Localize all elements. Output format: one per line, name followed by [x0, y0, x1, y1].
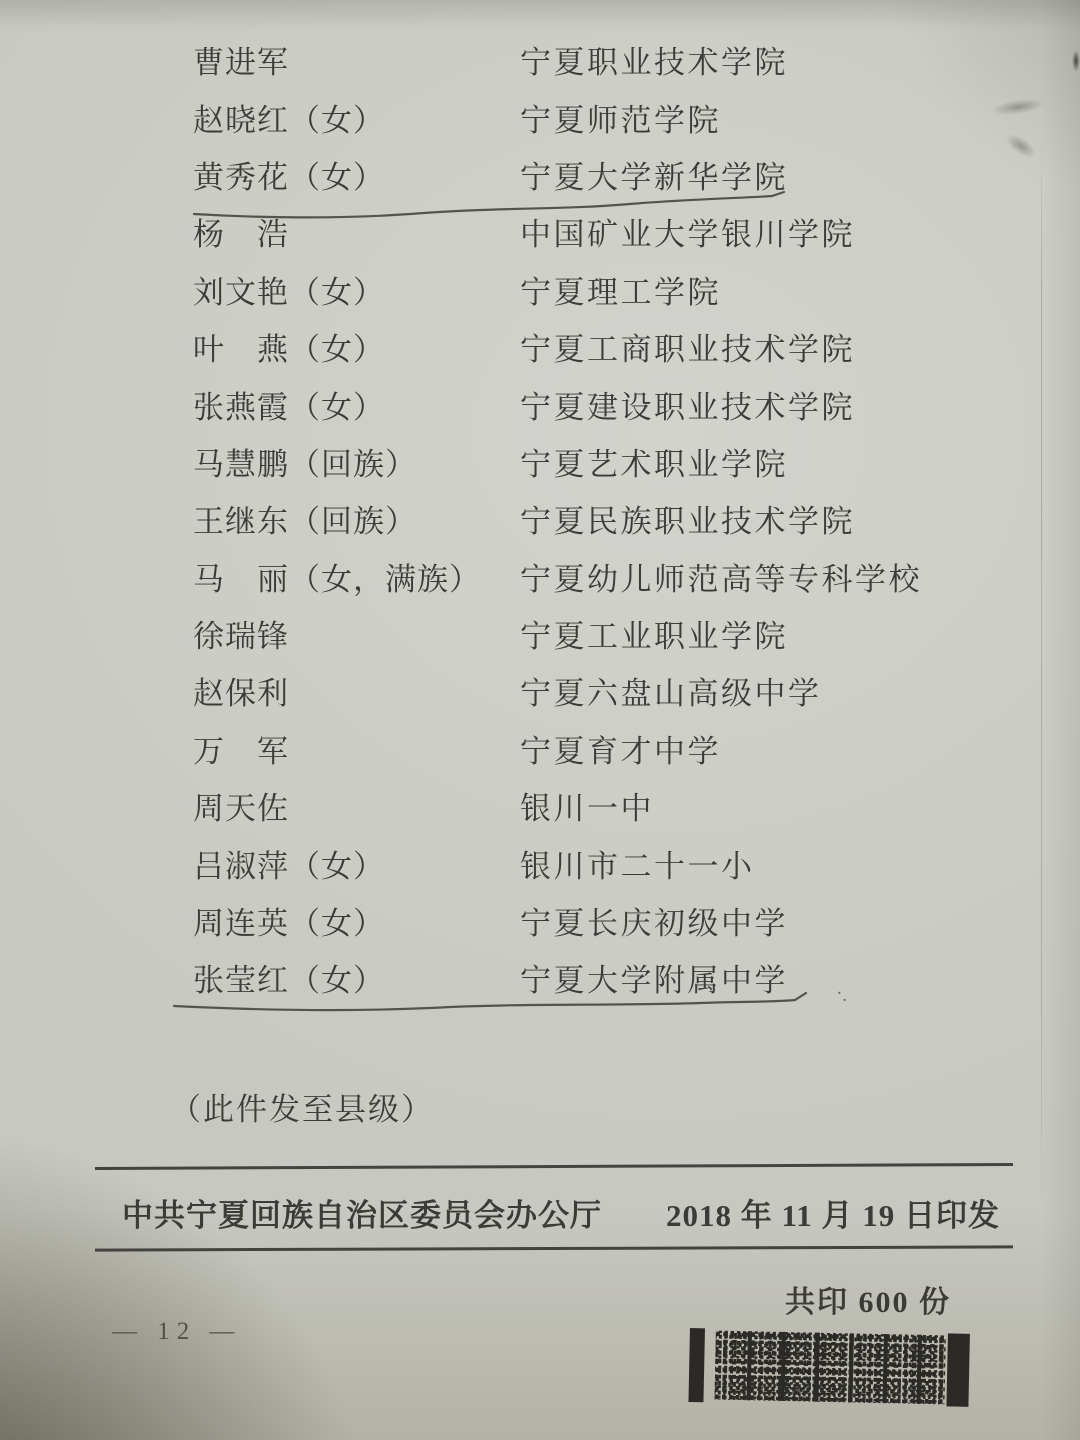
roster-row: 马慧鹏（回族） 宁夏艺术职业学院	[193, 433, 922, 490]
roster-row: 赵保利 宁夏六盘山高级中学	[193, 662, 922, 719]
awardee-name: 王继东（回族）	[193, 496, 520, 541]
print-count: 共印 600 份	[785, 1277, 951, 1321]
awardee-institution: 宁夏工业职业学院	[520, 611, 788, 656]
footer-rule-top	[95, 1163, 1013, 1170]
awardee-name: 徐瑞锋	[193, 611, 520, 656]
awardee-institution: 宁夏六盘山高级中学	[520, 668, 822, 713]
pencil-smudge	[991, 96, 1044, 117]
roster-row: 曹进军 宁夏职业技术学院	[193, 31, 922, 88]
awardee-name: 刘文艳（女）	[193, 267, 520, 312]
barcode-stop-bar	[946, 1333, 970, 1406]
awardee-name: 叶 燕（女）	[193, 324, 520, 369]
awardee-name: 马慧鹏（回族）	[193, 439, 520, 484]
print-date: 2018 年 11 月 19 日印发	[666, 1190, 1000, 1235]
footer-imprint-row: 中共宁夏回族自治区委员会办公厅 2018 年 11 月 19 日印发	[122, 1190, 1000, 1235]
awardee-institution: 宁夏艺术职业学院	[520, 439, 788, 484]
footer-rule-bottom	[95, 1245, 1013, 1251]
awardee-name: 万 军	[193, 726, 520, 771]
awardee-name: 周连英（女）	[193, 898, 520, 943]
scanned-document-page: 曹进军 宁夏职业技术学院 赵晓红（女） 宁夏师范学院 黄秀花（女） 宁夏大学新华…	[0, 0, 1080, 1440]
award-roster-list: 曹进军 宁夏职业技术学院 赵晓红（女） 宁夏师范学院 黄秀花（女） 宁夏大学新华…	[193, 31, 922, 1007]
roster-row: 吕淑萍（女） 银川市二十一小	[193, 834, 922, 891]
barcode-icon	[688, 1328, 992, 1410]
roster-row: 徐瑞锋 宁夏工业职业学院	[193, 605, 922, 662]
handwritten-line-2	[170, 988, 815, 1022]
roster-row: 万 军 宁夏育才中学	[193, 720, 922, 777]
awardee-name: 周天佐	[193, 783, 520, 828]
awardee-institution: 宁夏师范学院	[520, 95, 721, 140]
page-number: — 12 —	[112, 1318, 242, 1346]
scan-edge-mark	[1072, 50, 1080, 72]
awardee-institution: 宁夏长庆初级中学	[520, 898, 788, 943]
roster-row: 刘文艳（女） 宁夏理工学院	[193, 261, 922, 318]
awardee-institution: 银川市二十一小	[520, 841, 755, 886]
awardee-name: 曹进军	[193, 37, 520, 82]
awardee-institution: 宁夏理工学院	[520, 267, 721, 312]
issuing-office: 中共宁夏回族自治区委员会办公厅	[122, 1190, 602, 1235]
roster-row: 叶 燕（女） 宁夏工商职业技术学院	[193, 318, 922, 375]
roster-row: 周天佐 银川一中	[193, 777, 922, 834]
awardee-institution: 宁夏育才中学	[520, 726, 721, 771]
awardee-name: 张燕霞（女）	[193, 382, 520, 427]
handwritten-line-1	[190, 186, 790, 222]
paper-crease	[1041, 130, 1042, 1220]
awardee-institution: 宁夏工商职业技术学院	[520, 324, 855, 369]
awardee-institution: 宁夏职业技术学院	[520, 37, 788, 82]
awardee-institution: 宁夏民族职业技术学院	[520, 496, 855, 541]
awardee-institution: 银川一中	[520, 783, 654, 828]
distribution-note: （此件发至县级）	[170, 1084, 434, 1129]
roster-row: 赵晓红（女） 宁夏师范学院	[193, 88, 922, 145]
awardee-name: 马 丽（女，满族）	[193, 554, 520, 599]
roster-row: 张燕霞（女） 宁夏建设职业技术学院	[193, 375, 922, 432]
awardee-name: 赵保利	[193, 668, 520, 713]
roster-row: 马 丽（女，满族） 宁夏幼儿师范高等专科学校	[193, 548, 922, 605]
awardee-institution: 宁夏建设职业技术学院	[520, 382, 855, 427]
awardee-name: 赵晓红（女）	[193, 95, 520, 140]
roster-row: 周连英（女） 宁夏长庆初级中学	[193, 892, 922, 949]
barcode-start-bar	[688, 1328, 705, 1402]
roster-row: 王继东（回族） 宁夏民族职业技术学院	[193, 490, 922, 547]
awardee-institution: 宁夏幼儿师范高等专科学校	[520, 554, 922, 599]
awardee-name: 吕淑萍（女）	[193, 841, 520, 886]
pencil-smudge	[1002, 130, 1039, 163]
